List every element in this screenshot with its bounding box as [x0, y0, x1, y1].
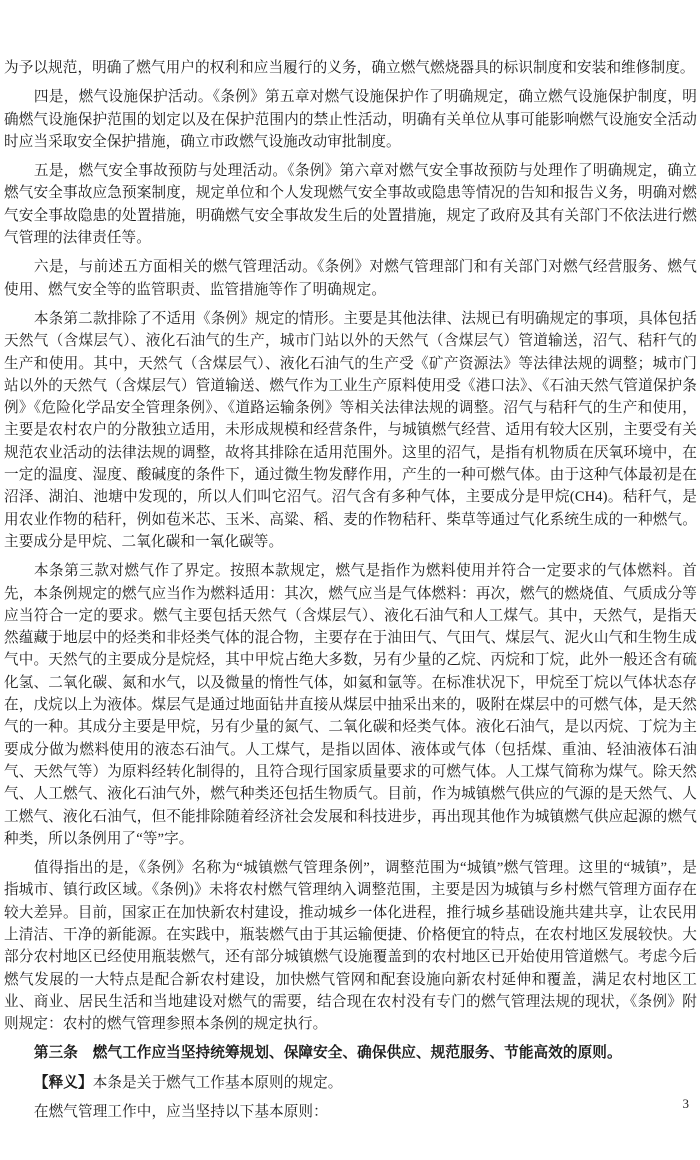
paragraph-clause-two: 本条第二款排除了不适用《条例》规定的情形。主要是其他法律、法规已有明确规定的事项… [4, 308, 697, 553]
document-body: 为予以规范，明确了燃气用户的权利和应当履行的义务，确立燃气燃烧器具的标识制度和安… [0, 0, 700, 1123]
article-text: 第三条 燃气工作应当坚持统筹规划、保障安全、确保供应、规范服务、节能高效的原则。 [34, 1045, 622, 1061]
interpretation-label: 【释义】 [34, 1075, 93, 1091]
paragraph-clause-three: 本条第三款对燃气作了界定。按照本款规定，燃气是指作为燃料使用并符合一定要求的气体… [4, 560, 697, 850]
page-number: 3 [683, 1096, 690, 1112]
paragraph-remark-towns: 值得指出的是，《条例》名称为“城镇燃气管理条例”，调整范围为“城镇”燃气管理。这… [4, 857, 697, 1035]
paragraph-point-six: 六是，与前述五方面相关的燃气管理活动。《条例》对燃气管理部门和有关部门对燃气经营… [4, 256, 697, 301]
paragraph-text: 值得指出的是，《条例》名称为“城镇燃气管理条例”，调整范围为“城镇”燃气管理。这… [4, 860, 697, 1032]
paragraph-point-four: 四是，燃气设施保护活动。《条例》第五章对燃气设施保护作了明确规定，确立燃气设施保… [4, 86, 697, 153]
paragraph-article-three: 第三条 燃气工作应当坚持统筹规划、保障安全、确保供应、规范服务、节能高效的原则。 [4, 1042, 697, 1064]
paragraph-text: 本条第二款排除了不适用《条例》规定的情形。主要是其他法律、法规已有明确规定的事项… [4, 311, 697, 550]
paragraph-continuation: 为予以规范，明确了燃气用户的权利和应当履行的义务，确立燃气燃烧器具的标识制度和安… [4, 57, 697, 79]
paragraph-point-five: 五是，燃气安全事故预防与处理活动。《条例》第六章对燃气安全事故预防与处理作了明确… [4, 160, 697, 249]
paragraph-text: 为予以规范，明确了燃气用户的权利和应当履行的义务，确立燃气燃烧器具的标识制度和安… [4, 60, 695, 76]
paragraph-interpretation: 【释义】本条是关于燃气工作基本原则的规定。 [4, 1072, 697, 1094]
paragraph-text: 六是，与前述五方面相关的燃气管理活动。《条例》对燃气管理部门和有关部门对燃气经营… [4, 259, 697, 297]
paragraph-text: 五是，燃气安全事故预防与处理活动。《条例》第六章对燃气安全事故预防与处理作了明确… [4, 163, 697, 246]
paragraph-principles-intro: 在燃气管理工作中，应当坚持以下基本原则： [4, 1101, 697, 1123]
document-page: 为予以规范，明确了燃气用户的权利和应当履行的义务，确立燃气燃烧器具的标识制度和安… [0, 0, 700, 1160]
paragraph-text: 在燃气管理工作中，应当坚持以下基本原则： [34, 1104, 328, 1120]
paragraph-text: 本条是关于燃气工作基本原则的规定。 [93, 1075, 343, 1091]
paragraph-text: 四是，燃气设施保护活动。《条例》第五章对燃气设施保护作了明确规定，确立燃气设施保… [4, 89, 697, 150]
paragraph-text: 本条第三款对燃气作了界定。按照本款规定，燃气是指作为燃料使用并符合一定要求的气体… [4, 563, 697, 847]
